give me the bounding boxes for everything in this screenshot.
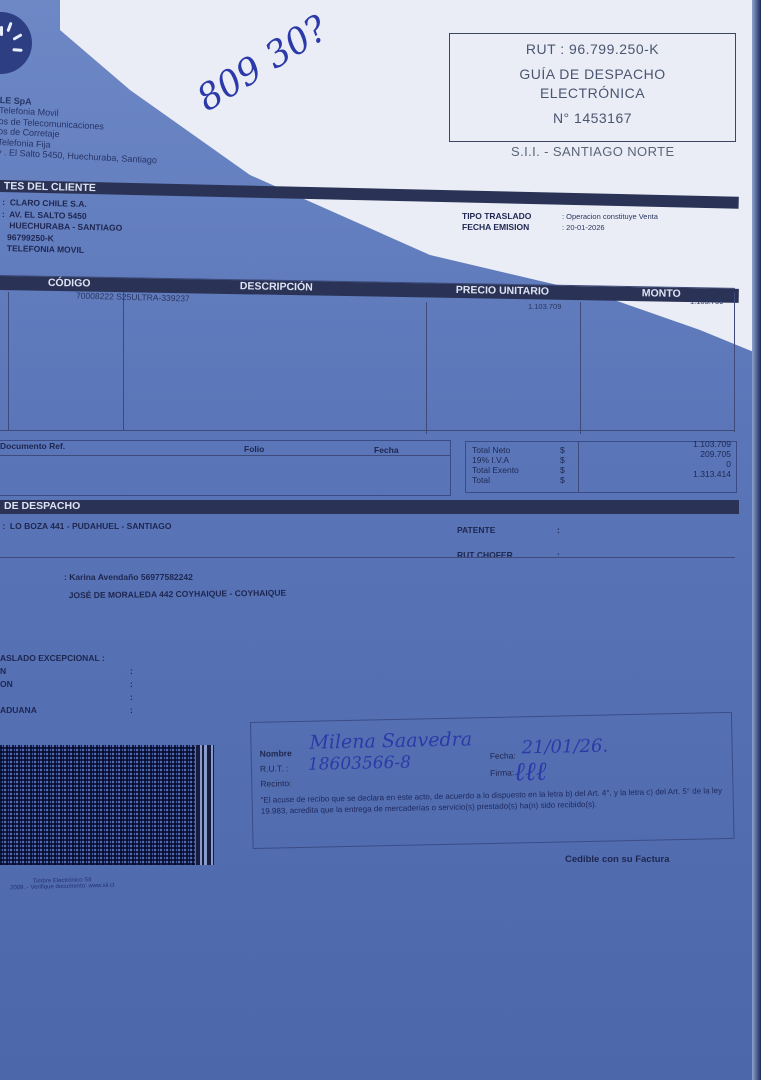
fecha-emision-label: FECHA EMISION: [462, 222, 562, 233]
doc-title-line2: ELECTRÓNICA: [450, 84, 735, 103]
pdf417-barcode: [0, 745, 195, 865]
nombre-label: Nombre: [260, 748, 292, 759]
receipt-box: Nombre Milena Saavedra R.U.T. : 18603566…: [250, 712, 735, 849]
doc-number: N° 1453167: [450, 109, 735, 128]
tipo-traslado-value: Operacion constituye Venta: [566, 212, 658, 221]
rut-value: 18603566-8: [308, 753, 411, 775]
totals-labels: Total Neto$ 19% I.V.A$ Total Exento$ Tot…: [472, 445, 565, 485]
legal-text: "El acuse de recibo que se declara en es…: [261, 785, 731, 817]
tipo-traslado-label: TIPO TRASLADO: [462, 211, 562, 222]
recinto-label: Recinto:: [260, 778, 291, 789]
client-name: CLARO CHILE S.A.: [10, 197, 87, 209]
cedible-note: Cedible con su Factura: [565, 854, 670, 865]
barcode-end-pattern: [196, 745, 214, 865]
fecha-label: Fecha: [374, 445, 399, 455]
excepcional-label: ASLADO EXCEPCIONAL: [0, 653, 100, 663]
doc-title-line1: GUÍA DE DESPACHO: [450, 65, 735, 84]
iva-label: 19% I.V.A: [472, 455, 560, 465]
total-value: 1.313.414: [693, 469, 731, 479]
fecha-label: Fecha:: [490, 750, 516, 761]
signature-icon: ℓℓℓ: [514, 757, 547, 788]
rut-label: R.U.T. :: [260, 763, 289, 774]
exento-value: 0: [693, 459, 731, 469]
currency: $: [560, 455, 565, 465]
total-neto-value: 1.103.709: [693, 439, 731, 449]
fecha-emision-value: 20-01-2026: [566, 223, 604, 232]
page-edge: [752, 0, 761, 1080]
dispatch-origin-row: : LO BOZA 441 - PUDAHUEL - SANTIAGO: [0, 521, 171, 531]
references-box: Documento Ref. Folio Fecha: [0, 440, 451, 496]
rut-chofer-label: RUT CHOFER: [457, 543, 557, 568]
dispatch-header-text: DE DESPACHO: [4, 500, 80, 512]
shipment-meta: TIPO TRASLADO: Operacion constituye Vent…: [462, 211, 658, 233]
doc-ref-label: Documento Ref.: [0, 441, 65, 451]
field-n1: N: [0, 665, 130, 678]
currency: $: [560, 465, 565, 475]
client-address1: AV. EL SALTO 5450: [9, 209, 87, 221]
totals-box: Total Neto$ 19% I.V.A$ Total Exento$ Tot…: [465, 441, 737, 493]
divider: [0, 557, 735, 558]
dispatch-origin: LO BOZA 441 - PUDAHUEL - SANTIAGO: [10, 521, 172, 531]
table-row: 70008222 S25ULTRA-339237: [76, 291, 190, 304]
exceptional-fields: ASLADO EXCEPCIONAL : N: ON: : ADUANA:: [0, 652, 133, 717]
item-codigo: 70008222: [76, 291, 114, 302]
total-label: Total: [472, 475, 560, 485]
vehicle-fields: PATENTE: RUT CHOFER:: [457, 518, 560, 568]
iva-value: 209.705: [693, 449, 731, 459]
firma-label: Firma:: [490, 767, 514, 778]
client-header-text: TES DEL CLIENTE: [4, 180, 96, 194]
dispatch-section-header: DE DESPACHO: [0, 500, 739, 514]
total-neto-label: Total Neto: [472, 445, 560, 455]
totals-values: 1.103.709 209.705 0 1.313.414: [693, 439, 731, 479]
destination-block: : Karina Avendaño 56977582242 JOSÉ DE MO…: [64, 569, 286, 603]
fecha-value: 21/01/26.: [521, 736, 608, 759]
item-monto: 1.103.709: [690, 297, 723, 306]
exento-label: Total Exento: [472, 465, 560, 475]
document-id-box: RUT : 96.799.250-K GUÍA DE DESPACHO ELEC…: [449, 33, 736, 142]
folio-label: Folio: [244, 444, 264, 454]
aduana-label: ADUANA: [0, 704, 130, 717]
currency: $: [560, 445, 565, 455]
destination-address: JOSÉ DE MORALEDA 442 COYHAIQUE - COYHAIQ…: [69, 588, 287, 601]
items-table-body: 70008222 S25ULTRA-339237 1.103.709 1.103…: [0, 292, 735, 432]
currency: $: [560, 475, 565, 485]
nombre-value: Milena Saavedra: [309, 728, 472, 753]
field-n2: ON: [0, 678, 130, 691]
client-details: : CLARO CHILE S.A. : AV. EL SALTO 5450 H…: [0, 197, 123, 257]
patente-label: PATENTE: [457, 518, 557, 543]
item-descripcion: S25ULTRA-339237: [116, 292, 190, 304]
sii-office: S.I.I. - SANTIAGO NORTE: [511, 144, 675, 159]
issuer-rut: RUT : 96.799.250-K: [450, 40, 735, 59]
contact-person: Karina Avendaño 56977582242: [69, 572, 193, 582]
issuer-block: LE SpA Telefonia Movil os de Telecomunic…: [0, 95, 160, 166]
col-codigo: CÓDIGO: [48, 277, 91, 290]
item-precio: 1.103.709: [528, 302, 561, 311]
